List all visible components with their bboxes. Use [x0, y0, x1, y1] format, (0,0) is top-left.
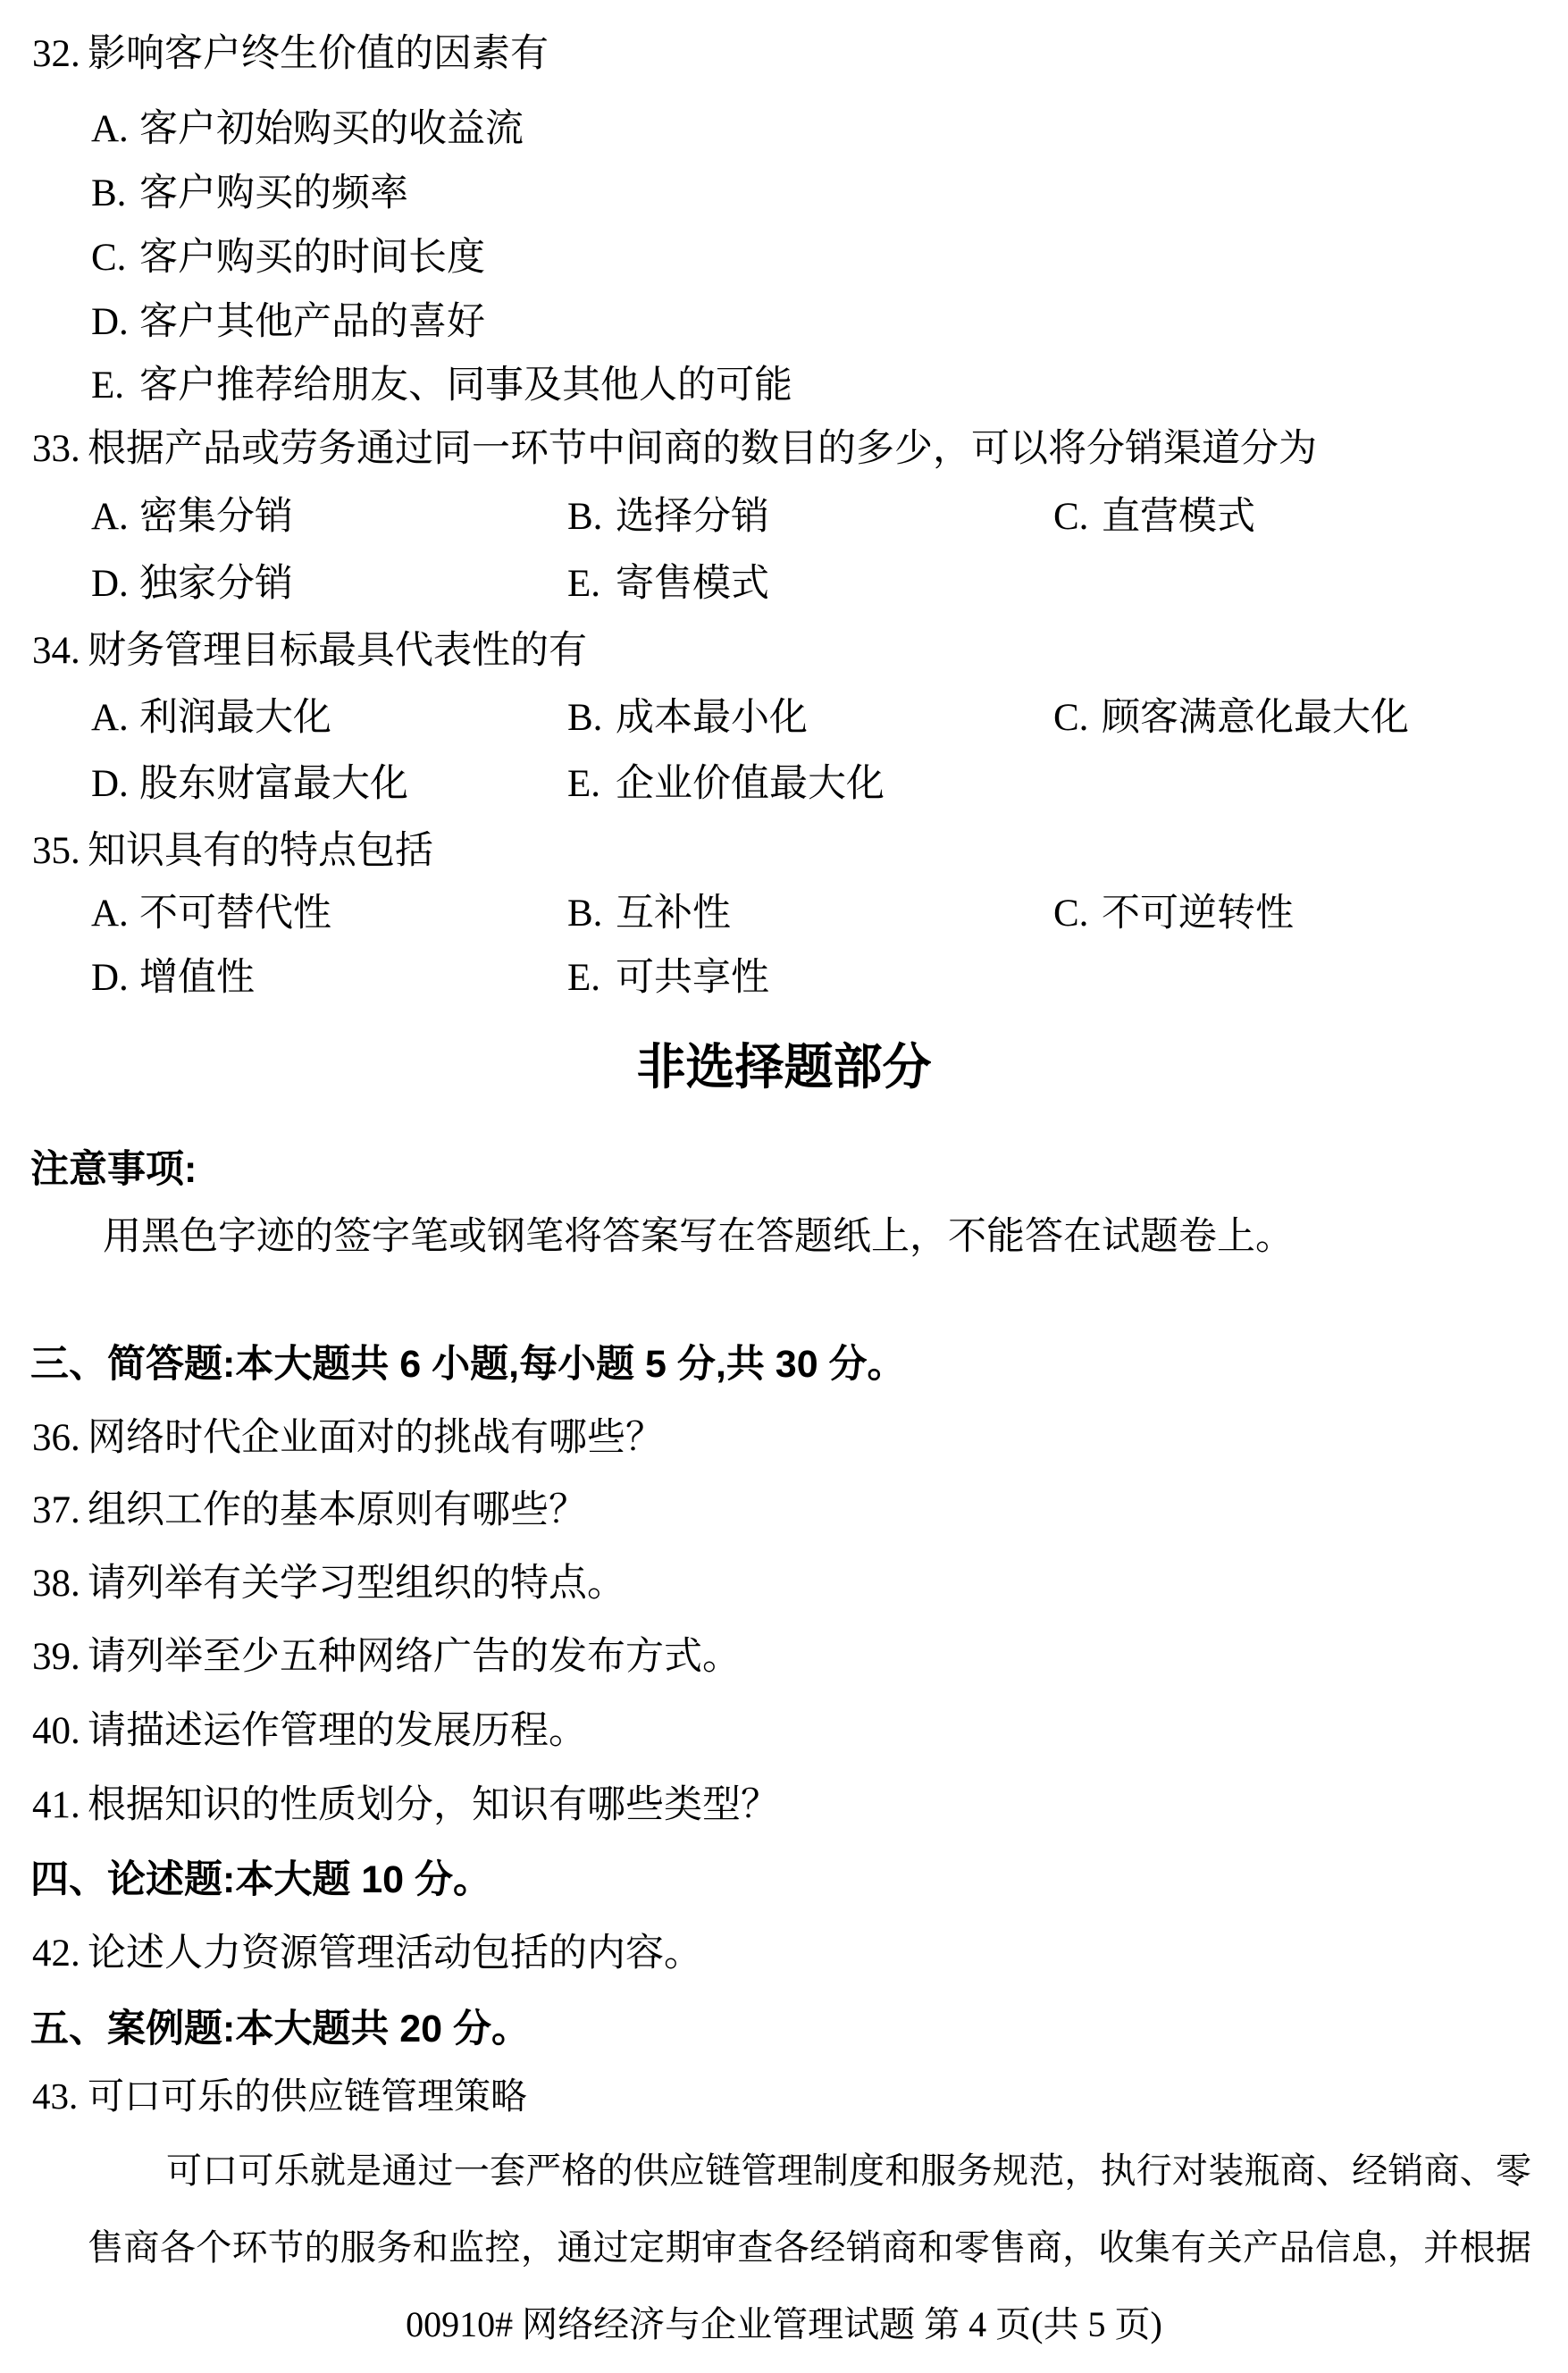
question-32-option-b: B.客户购买的频率	[91, 172, 408, 217]
question-43-title: 43.可口可乐的供应链管理策略	[32, 2075, 527, 2117]
section-4-title: 四、论述题:本大题 10 分。	[30, 1857, 491, 1903]
option-text: 不可逆转性	[1102, 893, 1294, 935]
question-34-option-c: C.顾客满意化最大化	[1053, 696, 1409, 742]
option-label: C.	[91, 236, 139, 281]
exam-page: 32.影响客户终生价值的因素有 A.客户初始购买的收益流 B.客户购买的频率 C…	[0, 0, 1568, 2373]
question-36-number: 36.	[32, 1416, 88, 1462]
option-text: 增值性	[139, 957, 255, 999]
option-text: 企业价值最大化	[616, 763, 885, 805]
question-37-number: 37.	[32, 1488, 88, 1534]
option-text: 客户购买的时间长度	[139, 237, 485, 279]
option-text: 可共享性	[616, 957, 769, 999]
option-label: E.	[567, 762, 616, 808]
question-32-option-a: A.客户初始购买的收益流	[91, 107, 524, 153]
option-text: 顾客满意化最大化	[1102, 697, 1409, 739]
option-text: 利润最大化	[139, 697, 331, 739]
question-33-option-c: C.直营模式	[1053, 495, 1255, 541]
question-43-number: 43.	[32, 2075, 88, 2117]
question-34-option-a: A.利润最大化	[91, 696, 331, 742]
option-text: 寄售模式	[616, 563, 769, 605]
question-32-number: 32.	[32, 32, 88, 78]
question-35-option-b: B.互补性	[567, 892, 731, 937]
question-37-text: 组织工作的基本原则有哪些？	[88, 1489, 587, 1531]
question-43-paragraph-line-1: 可口可乐就是通过一套严格的供应链管理制度和服务规范，执行对装瓶商、经销商、零	[166, 2150, 1531, 2193]
question-33-number: 33.	[32, 427, 88, 473]
option-label: A.	[91, 107, 139, 153]
question-43-title-text: 可口可乐的供应链管理策略	[88, 2075, 527, 2117]
option-label: A.	[91, 696, 139, 742]
question-37: 37.组织工作的基本原则有哪些？	[32, 1488, 587, 1534]
question-32-text: 影响客户终生价值的因素有	[88, 33, 549, 75]
option-label: E.	[91, 364, 139, 409]
option-label: E.	[567, 956, 616, 1002]
question-38-number: 38.	[32, 1562, 88, 1607]
question-42-text: 论述人力资源管理活动包括的内容。	[88, 1933, 702, 1975]
section-3-title: 三、简答题:本大题共 6 小题,每小题 5 分,共 30 分。	[30, 1342, 906, 1388]
option-label: D.	[91, 956, 139, 1002]
question-42-number: 42.	[32, 1932, 88, 1977]
question-34-option-b: B.成本最小化	[567, 696, 808, 742]
question-39-text: 请列举至少五种网络广告的发布方式。	[88, 1636, 741, 1678]
question-38: 38.请列举有关学习型组织的特点。	[32, 1562, 625, 1607]
option-label: C.	[1053, 696, 1102, 742]
option-text: 不可替代性	[139, 893, 331, 935]
question-33-stem: 33.根据产品或劳务通过同一环节中间商的数目的多少，可以将分销渠道分为	[32, 427, 1317, 473]
notice-body: 用黑色字迹的签字笔或钢笔将答案写在答题纸上，不能答在试题卷上。	[103, 1215, 1294, 1261]
question-39: 39.请列举至少五种网络广告的发布方式。	[32, 1635, 741, 1681]
question-33-option-a: A.密集分销	[91, 495, 293, 541]
option-label: D.	[91, 762, 139, 808]
page-footer: 00910# 网络经济与企业管理试题 第 4 页(共 5 页)	[0, 2296, 1568, 2347]
option-label: B.	[567, 892, 616, 937]
question-38-text: 请列举有关学习型组织的特点。	[88, 1563, 625, 1605]
option-label: C.	[1053, 495, 1102, 541]
question-40-number: 40.	[32, 1709, 88, 1755]
question-33-option-b: B.选择分销	[567, 495, 769, 541]
question-35-option-e: E.可共享性	[567, 956, 769, 1002]
option-text: 互补性	[616, 893, 731, 935]
question-34-stem: 34.财务管理目标最具代表性的有	[32, 629, 587, 675]
question-42: 42.论述人力资源管理活动包括的内容。	[32, 1932, 702, 1977]
question-35-number: 35.	[32, 829, 88, 875]
option-text: 密集分销	[139, 496, 293, 538]
section-5-title: 五、案例题:本大题共 20 分。	[30, 2007, 530, 2052]
question-40: 40.请描述运作管理的发展历程。	[32, 1709, 587, 1755]
question-39-number: 39.	[32, 1635, 88, 1681]
option-label: C.	[1053, 892, 1102, 937]
question-41-text: 根据知识的性质划分，知识有哪些类型？	[88, 1784, 779, 1826]
question-32-option-e: E.客户推荐给朋友、同事及其他人的可能	[91, 364, 792, 409]
option-label: B.	[567, 696, 616, 742]
option-text: 成本最小化	[616, 697, 808, 739]
question-43-paragraph-line-2: 售商各个环节的服务和监控，通过定期审查各经销商和零售商，收集有关产品信息，并根据	[88, 2226, 1531, 2269]
option-label: B.	[567, 495, 616, 541]
option-label: B.	[91, 172, 139, 217]
question-32-option-c: C.客户购买的时间长度	[91, 236, 485, 281]
question-35-option-c: C.不可逆转性	[1053, 892, 1294, 937]
question-35-option-d: D.增值性	[91, 956, 255, 1002]
question-36: 36.网络时代企业面对的挑战有哪些？	[32, 1416, 664, 1462]
question-34-option-e: E.企业价值最大化	[567, 762, 885, 808]
option-text: 股东财富最大化	[139, 763, 408, 805]
question-35-text: 知识具有的特点包括	[88, 830, 433, 872]
question-33-text: 根据产品或劳务通过同一环节中间商的数目的多少，可以将分销渠道分为	[88, 428, 1317, 470]
question-34-text: 财务管理目标最具代表性的有	[88, 630, 587, 672]
question-32-stem: 32.影响客户终生价值的因素有	[32, 32, 549, 78]
notice-title: 注意事项:	[30, 1147, 197, 1193]
option-text: 选择分销	[616, 496, 769, 538]
question-32-option-d: D.客户其他产品的喜好	[91, 300, 485, 346]
question-34-number: 34.	[32, 629, 88, 675]
question-34-option-d: D.股东财富最大化	[91, 762, 408, 808]
option-text: 独家分销	[139, 563, 293, 605]
option-label: A.	[91, 892, 139, 937]
option-label: D.	[91, 562, 139, 608]
option-text: 客户购买的频率	[139, 172, 408, 214]
option-text: 客户初始购买的收益流	[139, 108, 524, 150]
option-text: 客户推荐给朋友、同事及其他人的可能	[139, 365, 792, 407]
question-35-stem: 35.知识具有的特点包括	[32, 829, 433, 875]
question-41-number: 41.	[32, 1783, 88, 1829]
option-label: A.	[91, 495, 139, 541]
question-36-text: 网络时代企业面对的挑战有哪些？	[88, 1417, 664, 1459]
option-label: D.	[91, 300, 139, 346]
question-33-option-e: E.寄售模式	[567, 562, 769, 608]
option-label: E.	[567, 562, 616, 608]
question-33-option-d: D.独家分销	[91, 562, 293, 608]
question-35-option-a: A.不可替代性	[91, 892, 331, 937]
non-selection-section-heading: 非选择题部分	[0, 1038, 1568, 1096]
option-text: 直营模式	[1102, 496, 1255, 538]
option-text: 客户其他产品的喜好	[139, 301, 485, 343]
question-40-text: 请描述运作管理的发展历程。	[88, 1710, 587, 1752]
question-41: 41.根据知识的性质划分，知识有哪些类型？	[32, 1783, 779, 1829]
